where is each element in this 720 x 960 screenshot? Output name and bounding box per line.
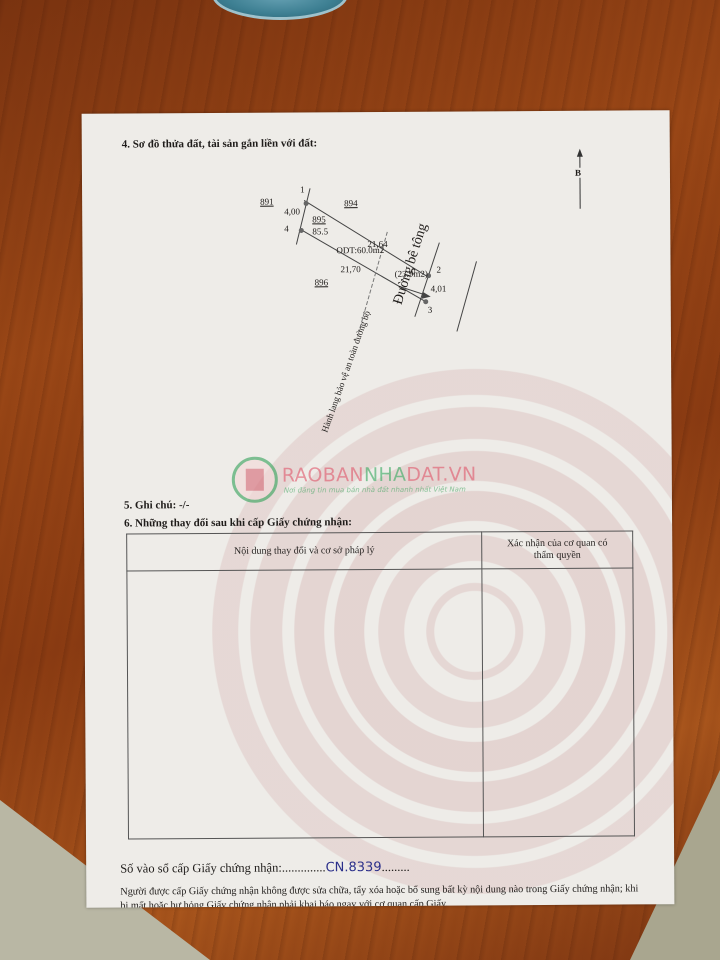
column-header-confirmation: Xác nhận của cơ quan có thẩm quyền <box>482 531 633 569</box>
cert-registry-line: Số vào sổ cấp Giấy chứng nhận:..........… <box>120 860 410 877</box>
site-watermark: RAOBANNHADAT.VN Nơi đăng tin mua bán nhà… <box>232 455 477 502</box>
building-logo-icon <box>232 457 278 503</box>
parcel-896: 896 <box>315 277 329 287</box>
confirmation-cell <box>482 568 635 837</box>
vertex-2: 2 <box>437 265 442 275</box>
cert-registry-label: Số vào sổ cấp Giấy chứng nhận: <box>120 861 282 876</box>
vertex-4: 4 <box>284 224 289 234</box>
parcel-894: 894 <box>344 198 358 208</box>
edge-4-3: 21,70 <box>341 264 361 274</box>
vertex-1: 1 <box>300 184 305 194</box>
certificate-page: 4. Sơ đồ thửa đất, tài sản gắn liền với … <box>82 110 675 908</box>
column-header-content: Nội dung thay đổi và cơ sở pháp lý <box>127 532 482 571</box>
plot-diagram <box>82 110 671 334</box>
watermark-brand: RAOBANNHADAT.VN <box>282 463 477 486</box>
north-label: B <box>575 168 581 178</box>
cert-registry-value: CN.8339 <box>326 860 382 875</box>
edge-2-3: 4,01 <box>431 284 447 294</box>
notice-text: Người được cấp Giấy chứng nhận không đượ… <box>120 882 640 907</box>
parcel-area: 85.5 <box>312 226 328 236</box>
edge-1-4: 4,00 <box>284 206 300 216</box>
container-lid <box>212 0 348 20</box>
changes-table: Nội dung thay đổi và cơ sở pháp lý Xác n… <box>126 530 635 839</box>
section5-title: 5. Ghi chú: -/- <box>124 499 189 511</box>
watermark-tagline: Nơi đăng tin mua bán nhà đất nhanh nhất … <box>284 485 477 494</box>
section6-title: 6. Những thay đổi sau khi cấp Giấy chứng… <box>124 516 352 529</box>
edge-1-2: 21,64 <box>367 239 387 249</box>
parcel-891: 891 <box>260 197 274 207</box>
vertex-3: 3 <box>428 305 433 315</box>
parcel-number: 895 <box>312 214 326 224</box>
content-cell <box>127 569 484 839</box>
